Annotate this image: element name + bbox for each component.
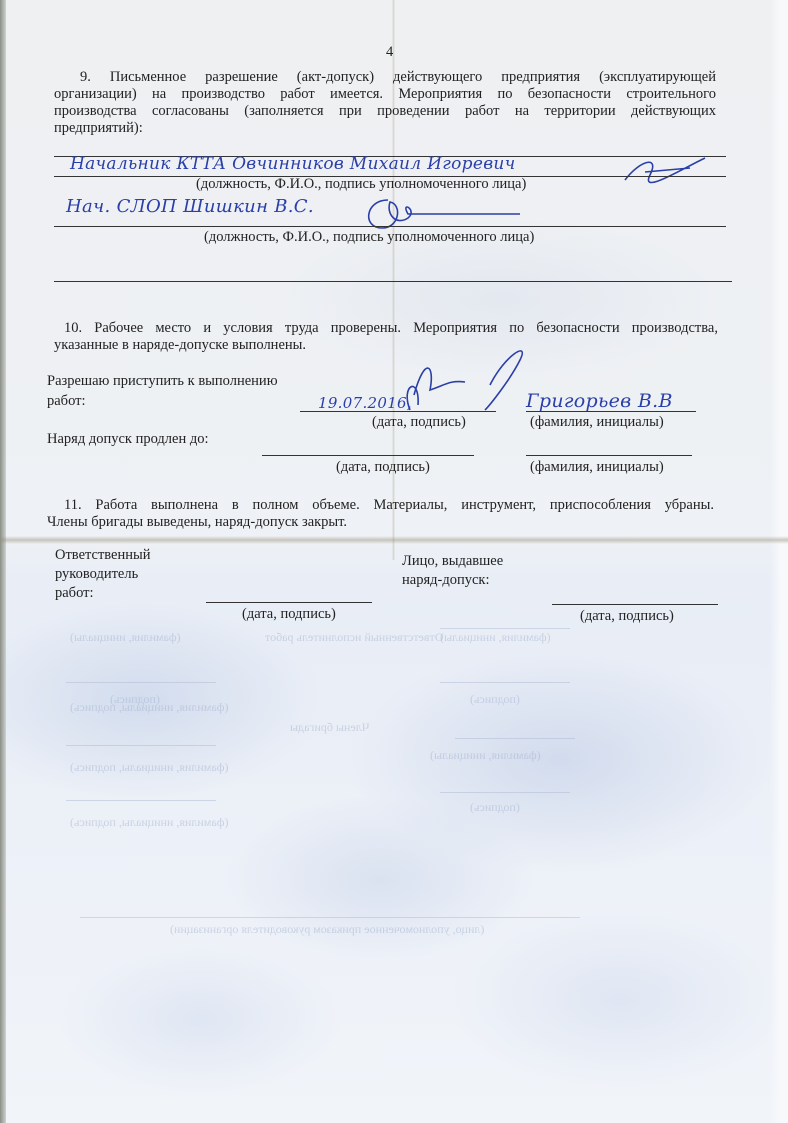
signature-scribble-3	[390, 335, 540, 415]
signature-line	[54, 281, 732, 282]
date-signature-line	[300, 411, 496, 412]
page-edge-shadow	[0, 0, 6, 1123]
section-10-line: указанные в наряде-допуске выполнены.	[54, 337, 718, 354]
ghost-text: (фамилия, инициалы)	[430, 748, 541, 763]
section-9-text: 9. Письменное разрешение (акт-допуск) де…	[54, 69, 716, 137]
ghost-rule	[440, 682, 570, 683]
caption-date-signature: (дата, подпись)	[580, 608, 674, 625]
name-initials-line	[526, 455, 692, 456]
responsible-manager-label: работ:	[55, 585, 94, 602]
ghost-rule	[80, 917, 580, 918]
ghost-text: Ответственный исполнитель работ	[265, 630, 443, 645]
section-9-line: 9. Письменное разрешение (акт-допуск) де…	[54, 69, 716, 86]
date-signature-line	[262, 455, 474, 456]
section-11-line: Члены бригады выведены, наряд-допуск зак…	[47, 514, 714, 531]
ghost-text: (лицо, уполномоченное приказом руководит…	[170, 922, 484, 937]
handwritten-authorized-person-1: Начальник КТТА Овчинников Михаил Игореви…	[70, 154, 516, 174]
extended-until-label: Наряд допуск продлен до:	[47, 431, 209, 448]
section-11-text: 11. Работа выполнена в полном объеме. Ма…	[47, 497, 714, 531]
section-9-line: организации) на производство работ имеет…	[54, 86, 716, 103]
section-9-line: предприятий):	[54, 120, 716, 137]
ghost-rule	[66, 800, 216, 801]
page-number: 4	[386, 44, 393, 61]
ghost-text: (подпись)	[470, 692, 520, 707]
handwritten-authorized-person-2: Нач. СЛОП Шишкин В.С.	[66, 196, 314, 217]
responsible-manager-label: руководитель	[55, 566, 138, 583]
caption-name-initials: (фамилия, инициалы)	[530, 414, 664, 431]
ghost-rule	[66, 745, 216, 746]
ghost-text: Члены бригады	[290, 720, 370, 735]
section-11-line: 11. Работа выполнена в полном объеме. Ма…	[47, 497, 714, 514]
name-initials-line	[526, 411, 696, 412]
signature-line	[54, 226, 726, 227]
permit-label: работ:	[47, 393, 86, 410]
caption-date-signature: (дата, подпись)	[372, 414, 466, 431]
ghost-rule	[440, 792, 570, 793]
ghost-rule	[440, 628, 570, 629]
date-signature-line	[206, 602, 372, 603]
permit-label: Разрешаю приступить к выполнению	[47, 373, 278, 390]
permit-issuer-label: наряд-допуск:	[402, 572, 489, 589]
caption-date-signature: (дата, подпись)	[242, 606, 336, 623]
caption-date-signature: (дата, подпись)	[336, 459, 430, 476]
ghost-text: (фамилия, инициалы)	[70, 630, 181, 645]
ghost-text: (подпись)	[470, 800, 520, 815]
ghost-rule	[455, 738, 575, 739]
caption-authorized-person: (должность, Ф.И.О., подпись уполномоченн…	[204, 229, 534, 246]
ghost-text: (фамилия, инициалы)	[440, 630, 551, 645]
ghost-text: (фамилия, инициалы, подпись)	[70, 815, 228, 830]
ghost-text: (фамилия, инициалы, подпись)	[70, 760, 228, 775]
ghost-rule	[66, 682, 216, 683]
section-10-text: 10. Рабочее место и условия труда провер…	[54, 320, 718, 354]
section-10-line: 10. Рабочее место и условия труда провер…	[54, 320, 718, 337]
date-signature-line	[552, 604, 718, 605]
horizontal-fold-crease	[0, 536, 788, 544]
page-edge-highlight	[770, 0, 788, 1123]
section-9-line: производства согласованы (заполняется пр…	[54, 103, 716, 120]
responsible-manager-label: Ответственный	[55, 547, 151, 564]
signature-scribble-1	[620, 150, 710, 190]
handwritten-permit-name: Григорьев В.В	[526, 390, 673, 412]
ghost-text: (фамилия, инициалы, подпись)	[70, 700, 228, 715]
caption-name-initials: (фамилия, инициалы)	[530, 459, 664, 476]
permit-issuer-label: Лицо, выдавшее	[402, 553, 503, 570]
